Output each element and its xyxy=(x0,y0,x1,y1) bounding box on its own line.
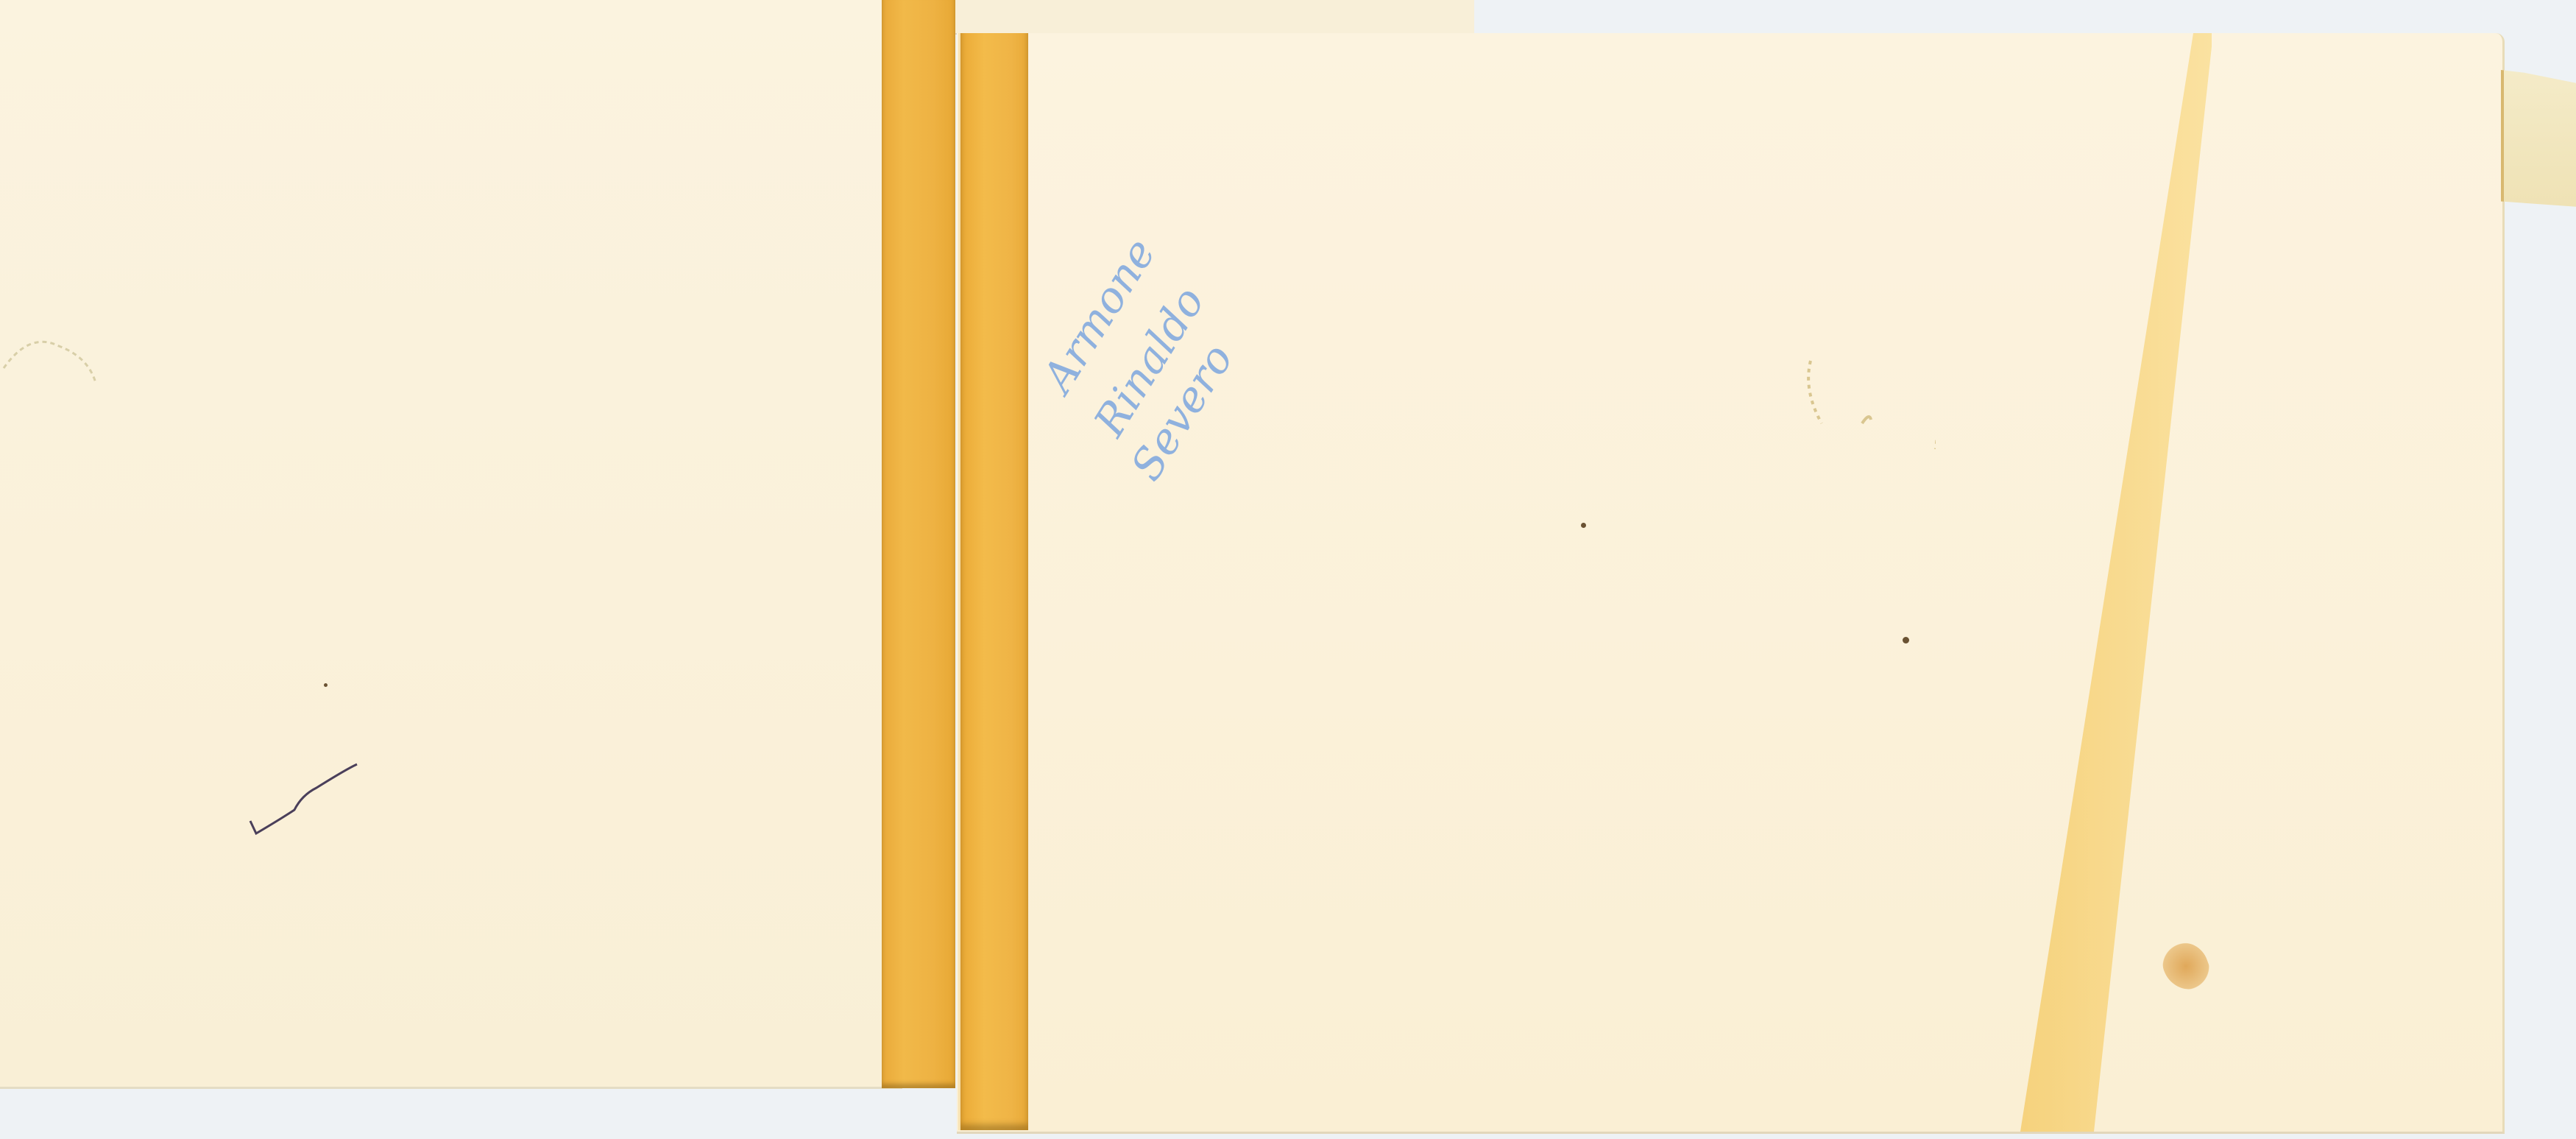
adhesive-tape-strip xyxy=(882,0,955,1088)
speck xyxy=(1581,523,1586,528)
tape-flap xyxy=(2501,70,2576,207)
glue-residue-mark xyxy=(1766,309,1936,456)
speck xyxy=(1903,637,1909,643)
speck xyxy=(324,683,328,687)
handwritten-note: Armone Rinaldo Severo xyxy=(1023,162,1288,456)
glue-residue-mark xyxy=(0,324,103,390)
back-sheet-strip xyxy=(902,0,1474,35)
pen-stroke-mark xyxy=(243,751,361,854)
adhesive-tape-strip xyxy=(958,33,1028,1130)
left-photo-back xyxy=(0,0,902,1089)
